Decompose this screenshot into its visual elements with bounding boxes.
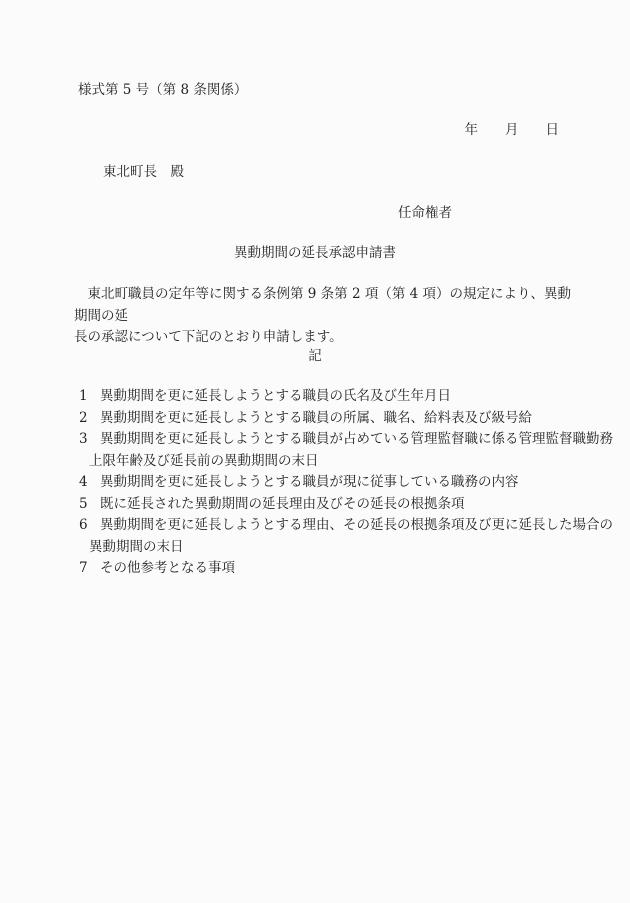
item-text: 既に延長された異動期間の延長理由及びその延長の根拠条項 [100,496,465,512]
list-item: 7 その他参考となる事項 [0,558,630,580]
list-item: 5 既に延長された異動期間の延長理由及びその延長の根拠条項 [0,494,630,516]
paragraph-line: 東北町職員の定年等に関する条例第 9 条第 2 項（第 4 項）の規定により、異… [74,284,574,327]
item-number: 7 [79,558,88,580]
item-text: 異動期間を更に延長しようとする職員が現に従事している職務の内容 [100,474,519,490]
addressee: 東北町長 殿 [103,162,184,184]
list-item: 3 異動期間を更に延長しようとする職員が占めている管理監督職に係る管理監督職勤務 [0,429,630,451]
item-text: 異動期間を更に延長しようとする職員が占めている管理監督職に係る管理監督職勤務 [100,431,613,447]
list-item-continuation: 上限年齢及び延長前の異動期間の末日 [0,451,630,473]
list-item: 4 異動期間を更に延長しようとする職員が現に従事している職務の内容 [0,472,630,494]
list-item: 1 異動期間を更に延長しようとする職員の氏名及び生年月日 [0,386,630,408]
date-line: 年 月 日 [465,120,560,142]
item-number: 5 [79,494,88,516]
item-text: 異動期間を更に延長しようとする職員の氏名及び生年月日 [100,388,451,404]
list-item-continuation: 異動期間の末日 [0,537,630,559]
document-title: 異動期間の延長承認申請書 [0,243,630,265]
item-text: その他参考となる事項 [100,560,235,576]
list-item: 6 異動期間を更に延長しようとする理由、その延長の根拠条項及び更に延長した場合の [0,515,630,537]
list-item: 2 異動期間を更に延長しようとする職員の所属、職名、給料表及び級号給 [0,408,630,430]
body-paragraph: 東北町職員の定年等に関する条例第 9 条第 2 項（第 4 項）の規定により、異… [74,284,574,349]
form-number: 様式第 5 号（第 8 条関係） [78,80,247,102]
item-text: 異動期間を更に延長しようとする理由、その延長の根拠条項及び更に延長した場合の [100,517,613,533]
item-number: 1 [79,386,88,408]
item-list: 1 異動期間を更に延長しようとする職員の氏名及び生年月日 2 異動期間を更に延長… [0,386,630,580]
section-marker: 記 [0,346,630,368]
item-number: 3 [79,429,88,451]
item-number: 2 [79,408,88,430]
item-text: 異動期間を更に延長しようとする職員の所属、職名、給料表及び級号給 [100,410,532,426]
document-page: 様式第 5 号（第 8 条関係） 年 月 日 東北町長 殿 任命権者 異動期間の… [0,0,630,903]
appointing-authority: 任命権者 [398,203,452,225]
item-number: 6 [79,515,88,537]
item-number: 4 [79,472,88,494]
